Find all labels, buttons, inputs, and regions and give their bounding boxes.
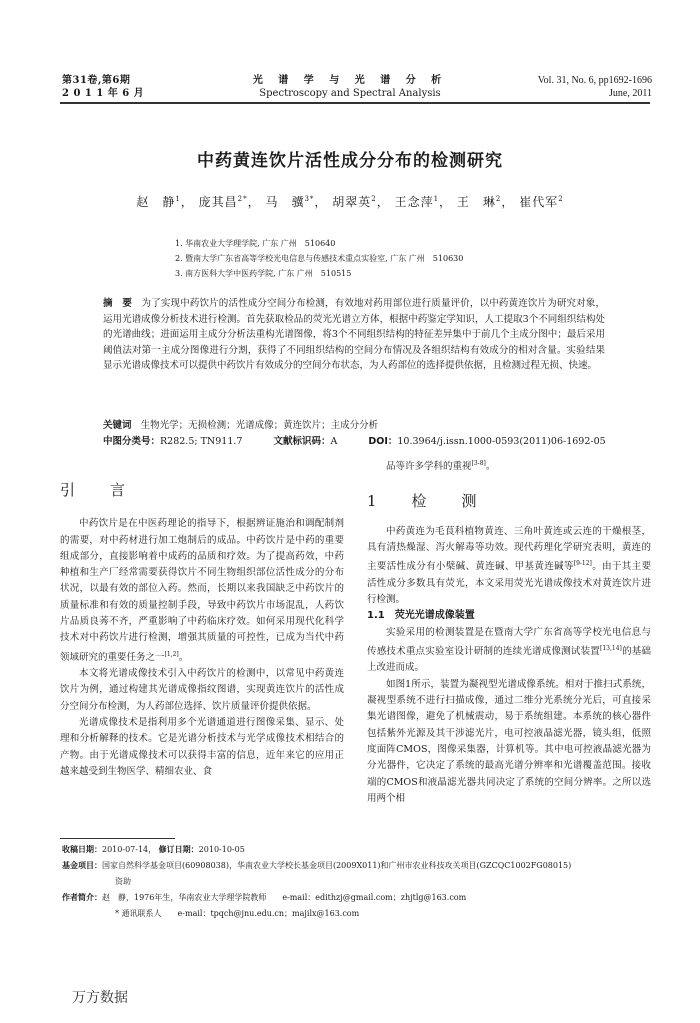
volume-pages: Vol. 31, No. 6, pp1692-1696 xyxy=(538,74,652,87)
header-divider xyxy=(60,102,650,104)
paragraph: 实验采用的检测装置是在暨南大学广东省高等学校光电信息与传感技术重点实验室设计研制… xyxy=(367,625,651,677)
affiliations: 1. 华南农业大学理学院, 广东 广州 510640 2. 暨南大学广东省高等学… xyxy=(175,236,463,281)
paragraph: 中药黄连为毛茛科植物黄连、三角叶黄连或云连的干燥根茎，具有清热燥湿、泻火解毒等功… xyxy=(367,524,651,609)
author: 胡翠英2 xyxy=(332,195,376,209)
clc-label: 中图分类号： xyxy=(103,436,160,447)
dates: 收稿日期：2010-07-14， 修订日期：2010-10-05 xyxy=(62,842,662,858)
clc-value: R282.5; TN911.7 xyxy=(160,436,242,447)
keywords: 关键词 生物光学；无损检测；光谱成像；黄连饮片；主成分分析 xyxy=(103,418,623,434)
paragraph: 中药饮片是在中医药理论的指导下，根据辨证施治和调配制剂的需要，对中药材进行加工炮… xyxy=(60,516,344,666)
author-list: 赵 静1， 庞其昌2*， 马 骥3*， 胡翠英2， 王念萍1， 王 琳2， 崔代… xyxy=(0,193,700,210)
paragraph: 如图1所示，装置为凝视型光谱成像系统。相对于推扫式系统，凝视型系统不进行扫描成像… xyxy=(367,677,651,807)
author-bio: 作者简介：赵 静，1976年生，华南农业大学理学院教师 e-mail：edith… xyxy=(62,890,662,906)
section-detection: 品等许多学科的重视[3-8]。 1 检 测 中药黄连为毛茛科植物黄连、三角叶黄连… xyxy=(367,456,651,807)
abstract-text: 为了实现中药饮片的活性成分空间分布检测，有效地对药用部位进行质量评价，以中药黄连… xyxy=(103,298,605,371)
author: 马 骥3* xyxy=(265,195,314,209)
doc-code-value: A xyxy=(330,436,337,447)
section-heading: 1 检 测 xyxy=(367,493,651,509)
section-heading: 引 言 xyxy=(60,482,344,498)
paragraph: 光谱成像技术是指利用多个光谱通道进行图像采集、显示、处理和分析解释的技术。它是光… xyxy=(60,715,344,780)
keywords-label: 关键词 xyxy=(103,420,132,431)
paragraph: 本文将光谱成像技术引入中药饮片的检测中，以常见中药黄连饮片为例，通过构建其光谱成… xyxy=(60,666,344,715)
funding-continuation: 资助 xyxy=(62,874,662,890)
paragraph-continuation: 品等许多学科的重视[3-8]。 xyxy=(367,456,651,475)
paper-title: 中药黄连饮片活性成分分布的检测研究 xyxy=(0,146,700,171)
journal-citation: Vol. 31, No. 6, pp1692-1696 June, 2011 xyxy=(538,74,652,100)
author: 王念萍1 xyxy=(395,195,439,209)
doi-value: 10.3964/j.issn.1000-0593(2011)06-1692-05 xyxy=(397,436,605,447)
corresponding-author: * 通讯联系人 e-mail：tpqch@jnu.edu.cn；majilx@1… xyxy=(62,906,662,922)
subsection-heading: 1.1 荧光光谱成像装置 xyxy=(367,608,651,624)
abstract: 摘 要 为了实现中药饮片的活性成分空间分布检测，有效地对药用部位进行质量评价，以… xyxy=(103,296,605,374)
footnote-divider xyxy=(60,838,175,839)
keywords-block: 关键词 生物光学；无损检测；光谱成像；黄连饮片；主成分分析 中图分类号：R282… xyxy=(103,418,623,450)
author: 王 琳2 xyxy=(457,195,501,209)
affiliation: 2. 暨南大学广东省高等学校光电信息与传感技术重点实验室, 广东 广州 5106… xyxy=(175,251,463,266)
funding: 基金项目：国家自然科学基金项目(60908038)，华南农业大学校长基金项目(2… xyxy=(62,858,662,874)
keywords-text: 生物光学；无损检测；光谱成像；黄连饮片；主成分分析 xyxy=(141,420,379,431)
classification: 中图分类号：R282.5; TN911.7 文献标识码：A DOI：10.396… xyxy=(103,434,623,450)
footnotes: 收稿日期：2010-07-14， 修订日期：2010-10-05 基金项目：国家… xyxy=(62,842,662,922)
doc-code-label: 文献标识码： xyxy=(273,436,330,447)
author: 崔代军2 xyxy=(519,195,563,209)
watermark: 万方数据 xyxy=(72,987,128,1007)
section-introduction: 引 言 中药饮片是在中医药理论的指导下，根据辨证施治和调配制剂的需要，对中药材进… xyxy=(60,482,344,780)
author: 赵 静1 xyxy=(136,195,180,209)
issue-date-en: June, 2011 xyxy=(538,87,652,100)
abstract-label: 摘 要 xyxy=(103,298,132,309)
doi-label: DOI： xyxy=(368,436,397,447)
affiliation: 3. 南方医科大学中医药学院, 广东 广州 510515 xyxy=(175,266,463,281)
affiliation: 1. 华南农业大学理学院, 广东 广州 510640 xyxy=(175,236,463,251)
author: 庞其昌2* xyxy=(199,195,248,209)
